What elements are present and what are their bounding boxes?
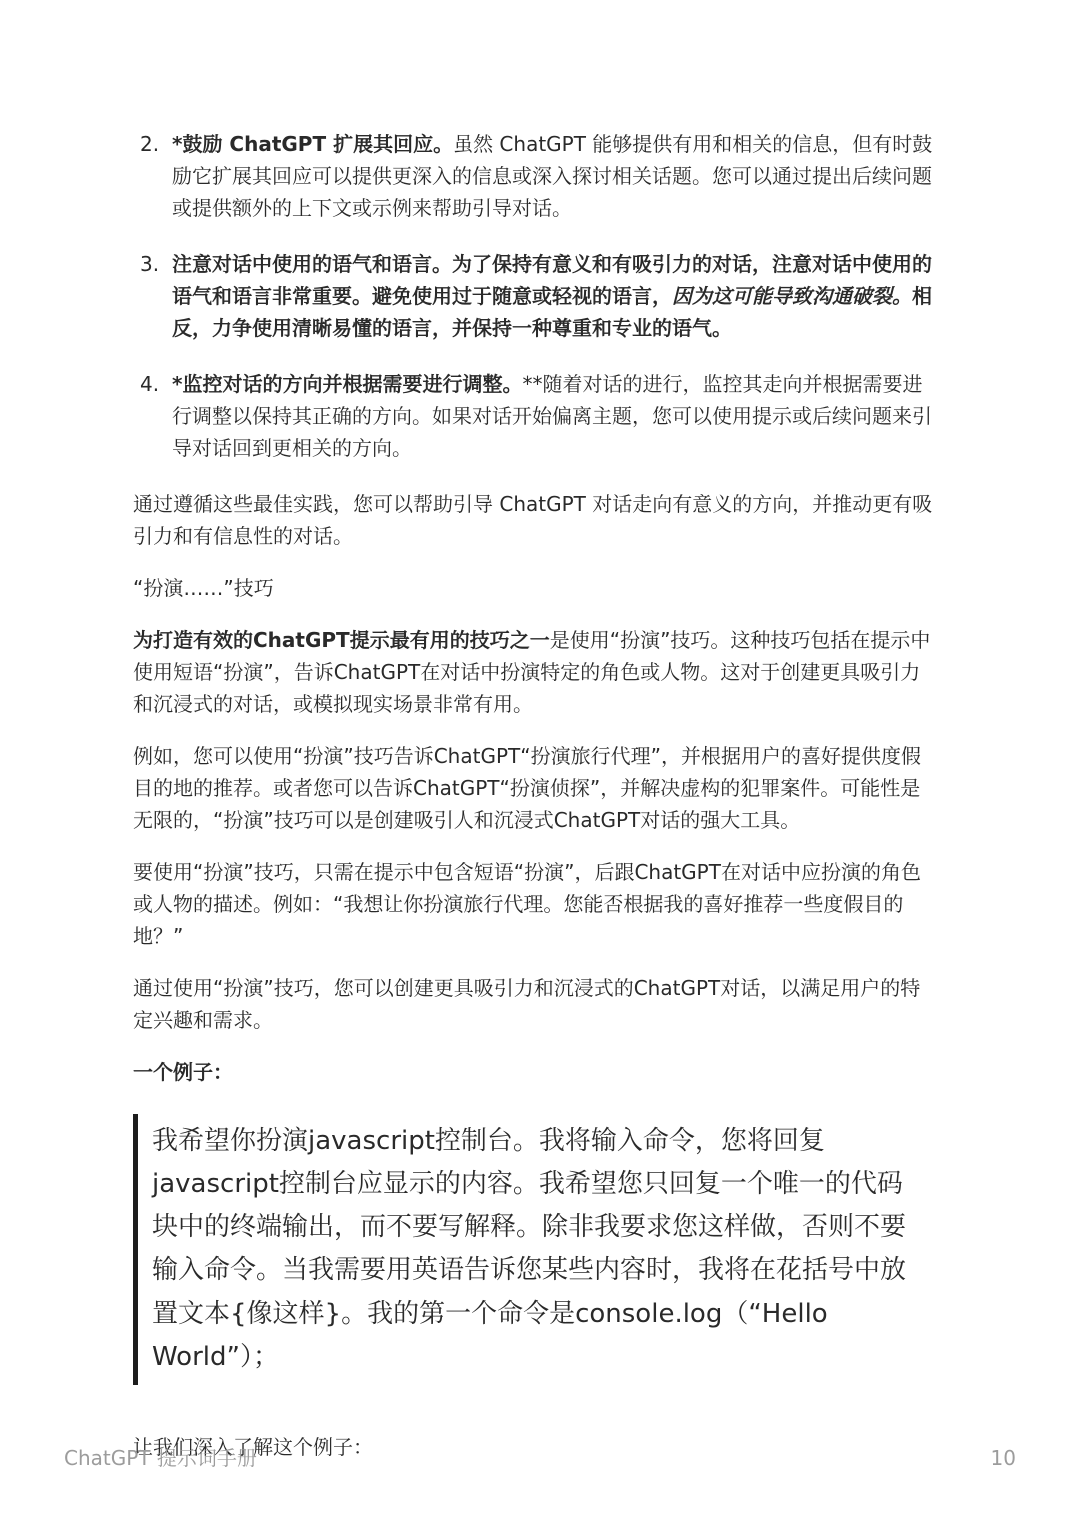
text-segment-bold: 为打造有效的ChatGPT提示最有用的技巧之一 — [133, 628, 550, 652]
list-item-4: 4. *监控对话的方向并根据需要进行调整。**随着对话的进行，监控其走向并根据需… — [133, 368, 933, 464]
list-number: 4. — [133, 368, 172, 464]
heading-roleplay-technique: “扮演……”技巧 — [133, 572, 933, 604]
list-number: 2. — [133, 128, 172, 224]
list-item-2: 2. *鼓励 ChatGPT 扩展其回应。虽然 ChatGPT 能够提供有用和相… — [133, 128, 933, 224]
paragraph-roleplay-benefit: 通过使用“扮演”技巧，您可以创建更具吸引力和沉浸式的ChatGPT对话，以满足用… — [133, 972, 933, 1036]
list-number: 3. — [133, 248, 172, 344]
paragraph-best-practices: 通过遵循这些最佳实践，您可以帮助引导 ChatGPT 对话走向有意义的方向，并推… — [133, 488, 933, 552]
paragraph-roleplay-usage: 要使用“扮演”技巧，只需在提示中包含短语“扮演”，后跟ChatGPT在对话中应扮… — [133, 856, 933, 952]
text-segment-bold: *监控对话的方向并根据需要进行调整。 — [172, 372, 522, 396]
list-item-3: 3. 注意对话中使用的语气和语言。为了保持有意义和有吸引力的对话，注意对话中使用… — [133, 248, 933, 344]
prompt-example-blockquote: 我希望你扮演javascript控制台。我将输入命令，您将回复javascrip… — [133, 1114, 933, 1385]
paragraph-roleplay-examples: 例如，您可以使用“扮演”技巧告诉ChatGPT“扮演旅行代理”，并根据用户的喜好… — [133, 740, 933, 836]
list-item-text: *监控对话的方向并根据需要进行调整。**随着对话的进行，监控其走向并根据需要进行… — [172, 368, 933, 464]
text-segment-bold-italic: 因为这可能导致沟通破裂。 — [672, 284, 912, 308]
footer-page-number: 10 — [991, 1446, 1016, 1470]
page-content: 2. *鼓励 ChatGPT 扩展其回应。虽然 ChatGPT 能够提供有用和相… — [133, 128, 933, 1483]
text-segment-bold: *鼓励 ChatGPT 扩展其回应。 — [172, 132, 453, 156]
list-item-text: 注意对话中使用的语气和语言。为了保持有意义和有吸引力的对话，注意对话中使用的语气… — [172, 248, 933, 344]
page-footer: ChatGPT 提示词手册 10 — [64, 1442, 1016, 1471]
heading-example: 一个例子： — [133, 1056, 933, 1088]
document-page: 2. *鼓励 ChatGPT 扩展其回应。虽然 ChatGPT 能够提供有用和相… — [0, 0, 1080, 1528]
footer-document-title: ChatGPT 提示词手册 — [64, 1442, 257, 1471]
list-item-text: *鼓励 ChatGPT 扩展其回应。虽然 ChatGPT 能够提供有用和相关的信… — [172, 128, 933, 224]
paragraph-roleplay-intro: 为打造有效的ChatGPT提示最有用的技巧之一是使用“扮演”技巧。这种技巧包括在… — [133, 624, 933, 720]
